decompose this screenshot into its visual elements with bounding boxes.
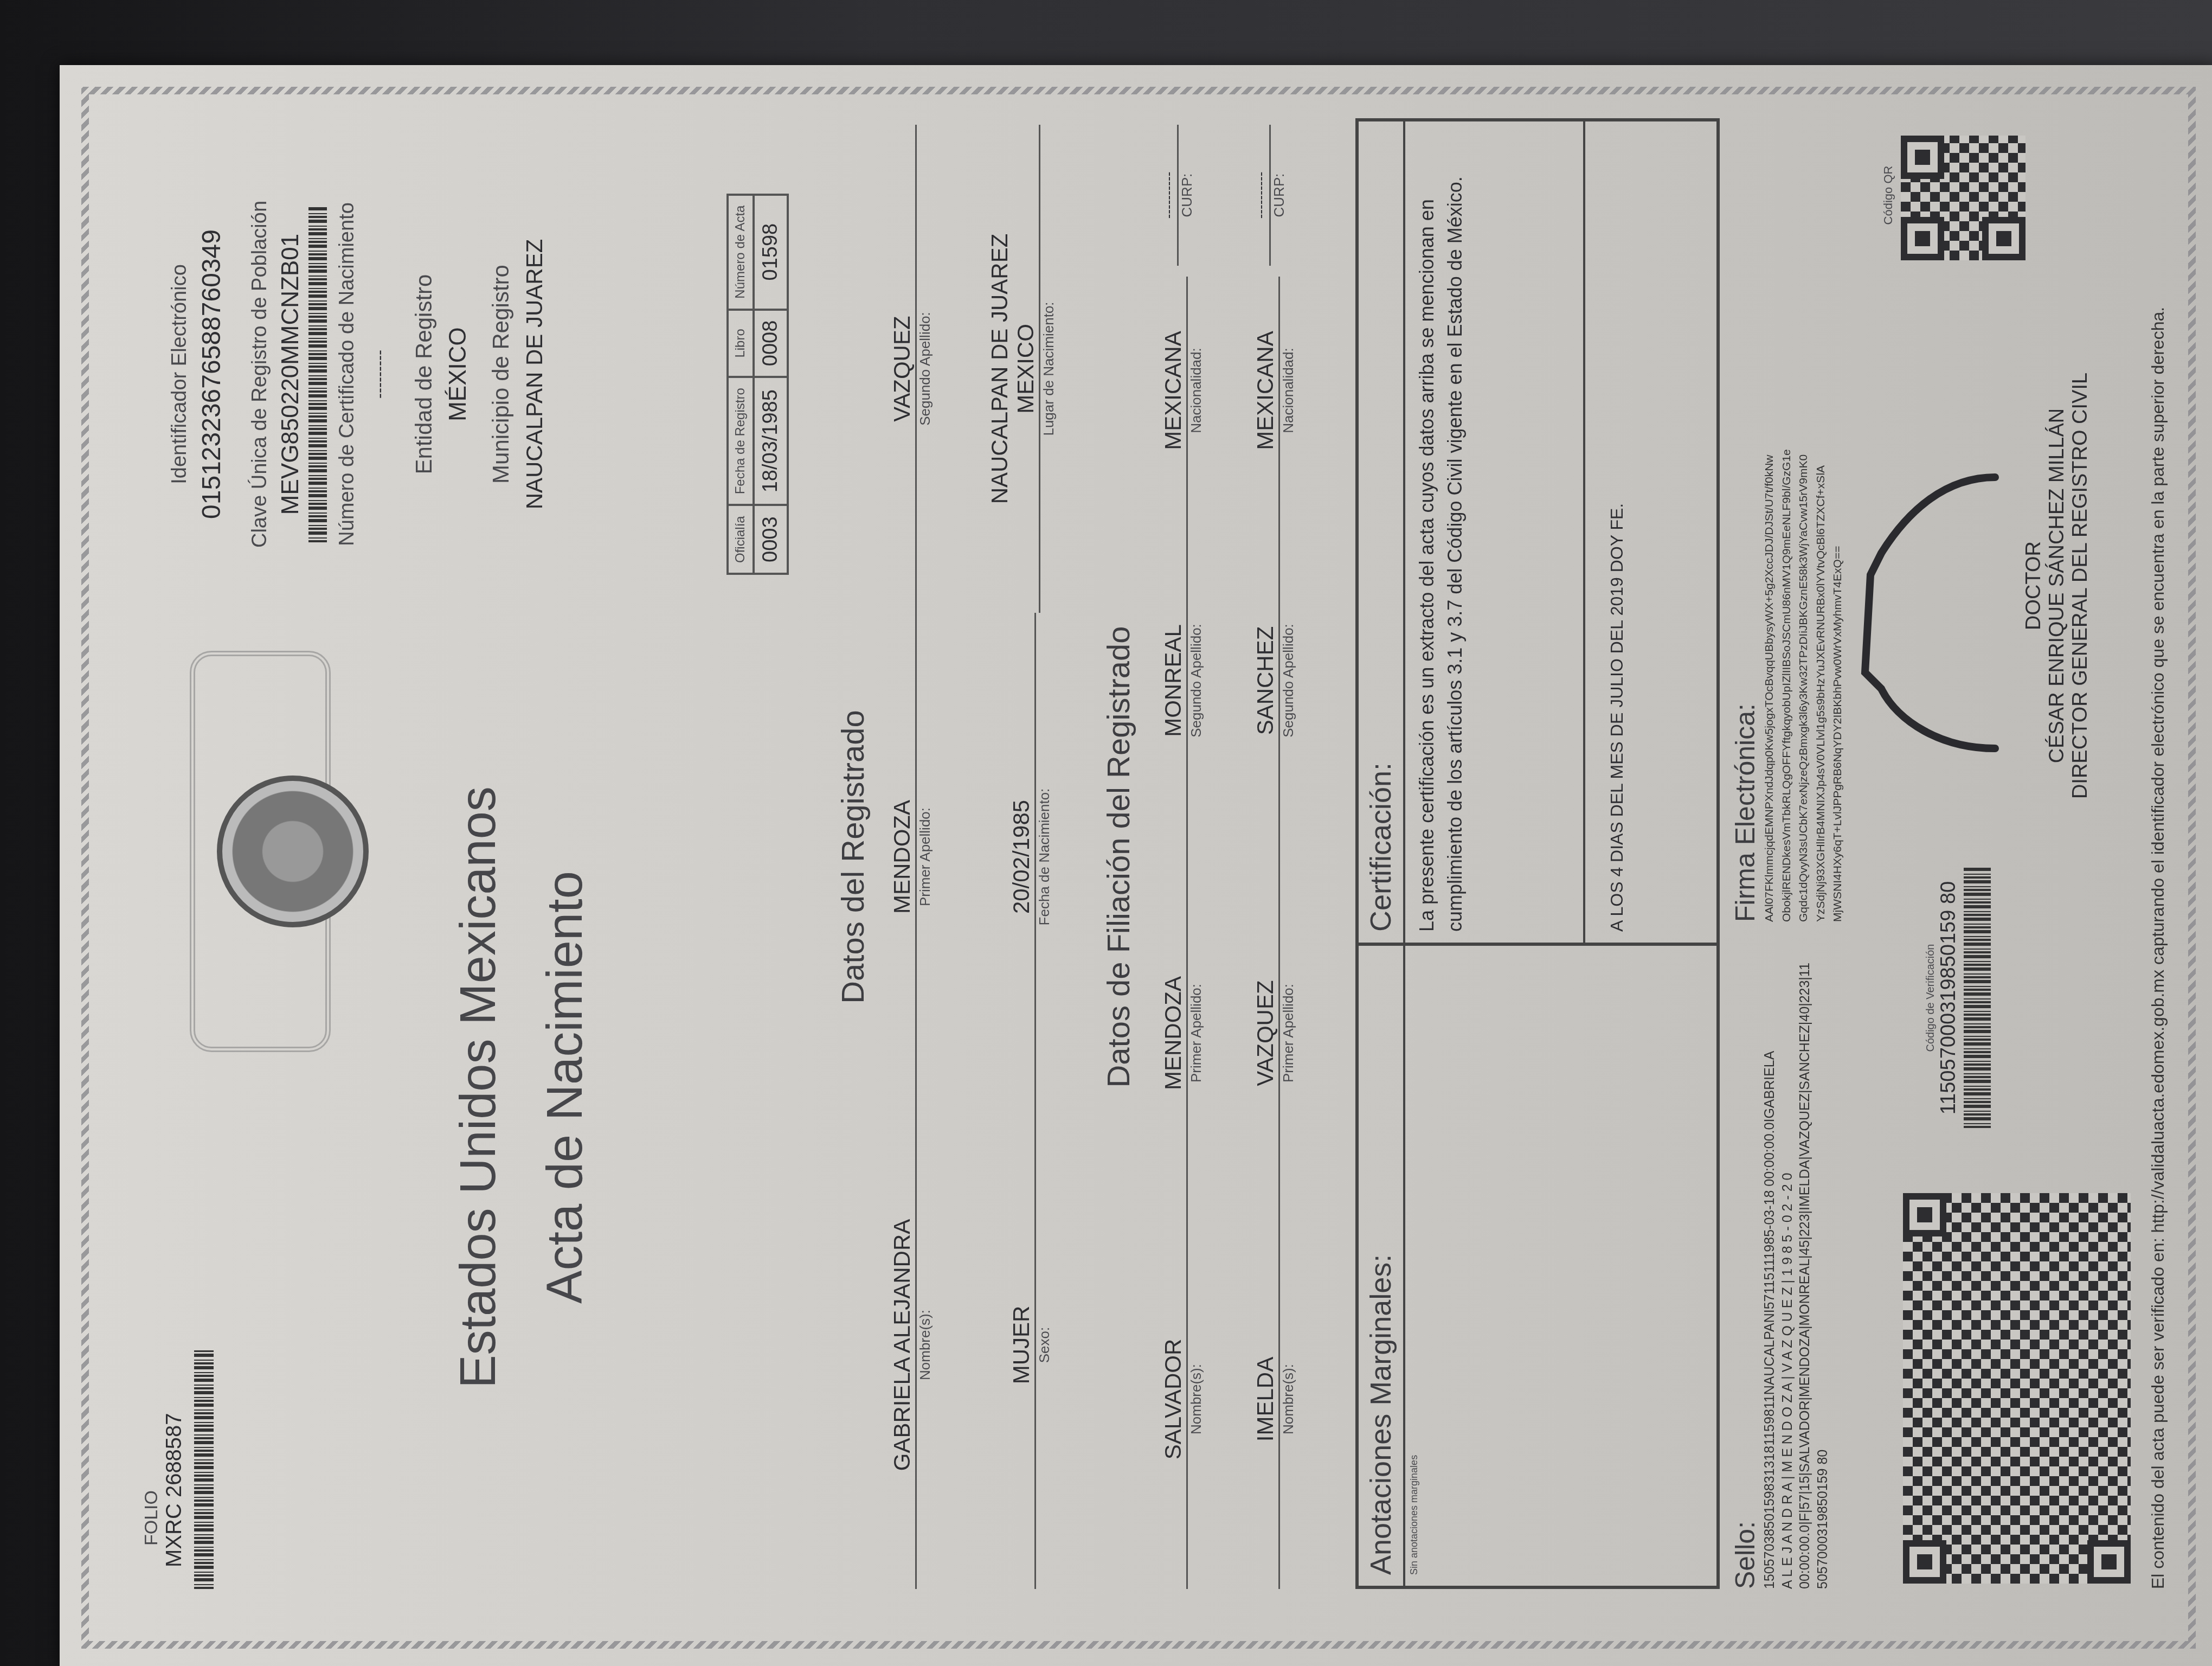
padre-curp-label: CURP: — [1179, 125, 1195, 266]
sello-line: 15057038501598313181159811NAUCALPANI5711… — [1761, 938, 1779, 1589]
registrado-segundo-apellido-label: Segundo Apellido: — [917, 125, 934, 613]
curp-value: MEVG850220MMCNZB01 — [277, 136, 304, 613]
filiacion-section-title: Datos de Filiación del Registrado — [1101, 125, 1137, 1589]
header-numero-acta: Número de Acta — [728, 195, 754, 310]
padre-row: SALVADOR Nombre(s): MENDOZA Primer Apell… — [1160, 125, 1247, 1589]
sello-label: Sello: — [1729, 938, 1761, 1589]
registration-table-header: Oficialía Fecha de Registro Libro Número… — [728, 195, 754, 574]
municipio-value: NAUCALPAN DE JUAREZ — [522, 136, 548, 613]
value-numero-acta: 01598 — [754, 195, 788, 310]
madre-nombre-label: Nombre(s): — [1280, 1209, 1297, 1589]
small-qr-block: Código QR — [1881, 130, 2025, 260]
signatory-position: DIRECTOR GENERAL DEL REGISTRO CIVIL — [2069, 287, 2092, 884]
registrado-nombre-value: GABRIELA ALEJANDRA — [889, 1101, 915, 1589]
madre-row: IMELDA Nombre(s): VAZQUEZ Primer Apellid… — [1252, 125, 1339, 1589]
certificacion-fecha: A LOS 4 DIAS DEL MES DE JULIO DEL 2019 D… — [1585, 121, 1649, 943]
madre-primer-apellido-value: VAZQUEZ — [1252, 857, 1278, 1209]
registrado-name-row: GABRIELA ALEJANDRA Nombre(s): MENDOZA Pr… — [889, 125, 998, 1589]
madre-segundo-apellido-value: SANCHEZ — [1252, 504, 1278, 857]
national-emblem — [125, 662, 407, 1052]
padre-curp: ---------- CURP: — [1160, 125, 1195, 266]
madre-nombre-value: IMELDA — [1252, 1209, 1278, 1589]
value-libro: 0008 — [754, 310, 788, 377]
sello-line: 5057000319850159 80 — [1814, 938, 1832, 1589]
registration-table: Oficialía Fecha de Registro Libro Número… — [726, 194, 789, 575]
verification-block: Código de Verificación 11505700031985015… — [1925, 857, 1991, 1139]
sello-line: 00:00:00.0|F|57|15|SALVADOR|MENDOZA|MONR… — [1796, 938, 1814, 1589]
firma-label: Firma Electrónica: — [1729, 125, 1761, 922]
madre-curp: ---------- CURP: — [1252, 125, 1288, 266]
header-libro: Libro — [728, 310, 754, 377]
registrado-lugar-nacimiento-value: NAUCALPAN DE JUAREZ MEXICO — [987, 125, 1039, 613]
padre-nacionalidad-value: MEXICANA — [1160, 277, 1186, 504]
folio-barcode — [194, 1350, 214, 1589]
handwritten-signature — [1832, 434, 2028, 781]
coat-of-arms-seal-icon — [217, 776, 369, 927]
small-qr-code — [1901, 136, 2025, 260]
annotations-certification-box: Anotaciones Marginales: Sin anotaciones … — [1355, 118, 1720, 1589]
madre-nacionalidad-label: Nacionalidad: — [1280, 277, 1297, 504]
document-title: Acta de Nacimiento — [537, 586, 594, 1589]
firma-line: AAl07FKlmmcjqdEMNPXndJdqp0Kw5jogxTOcBvqq… — [1761, 125, 1778, 922]
registrado-section-title: Datos del Registrado — [835, 125, 871, 1589]
registrado-sexo: MUJER Sexo: — [1008, 1101, 1053, 1589]
verification-barcode — [1964, 868, 1991, 1128]
padre-segundo-apellido-label: Segundo Apellido: — [1188, 504, 1205, 857]
madre-nacionalidad-value: MEXICANA — [1252, 277, 1278, 504]
registrado-segundo-apellido-value: VAZQUEZ — [889, 125, 915, 613]
municipio-label: Municipio de Registro — [488, 136, 514, 613]
anotaciones-panel: Anotaciones Marginales: Sin anotaciones … — [1359, 943, 1716, 1586]
padre-nombre-label: Nombre(s): — [1188, 1209, 1205, 1589]
folio-value: MXRC 2688587 — [162, 1307, 187, 1567]
registrado-nombre-label: Nombre(s): — [917, 1101, 934, 1589]
registration-table-row: 0003 18/03/1985 0008 01598 — [754, 195, 788, 574]
verification-value: 115057000319850159 80 — [1937, 857, 1960, 1139]
madre-segundo-apellido-label: Segundo Apellido: — [1280, 504, 1297, 857]
madre-primer-apellido-label: Primer Apellido: — [1280, 857, 1297, 1209]
registrado-fecha-nacimiento: 20/02/1985 Fecha de Nacimiento: — [1008, 613, 1053, 1101]
padre-segundo-apellido: MONREAL Segundo Apellido: — [1160, 504, 1205, 857]
registrado-primer-apellido-value: MENDOZA — [889, 613, 915, 1101]
signatory-title: DOCTOR — [2022, 287, 2046, 884]
padre-primer-apellido: MENDOZA Primer Apellido: — [1160, 857, 1205, 1209]
padre-segundo-apellido-value: MONREAL — [1160, 504, 1186, 857]
madre-nombre: IMELDA Nombre(s): — [1252, 1209, 1297, 1589]
country-title: Estados Unidos Mexicanos — [450, 586, 507, 1589]
padre-nacionalidad-label: Nacionalidad: — [1188, 277, 1205, 504]
document-rotated: FOLIO MXRC 2688587 Identificador Electró… — [60, 65, 2212, 1666]
signatory-block: DOCTOR CÉSAR ENRIQUE SÁNCHEZ MILLÁN DIRE… — [2022, 287, 2092, 884]
registrado-lugar-nacimiento: NAUCALPAN DE JUAREZ MEXICO Lugar de Naci… — [987, 125, 1057, 613]
padre-primer-apellido-value: MENDOZA — [1160, 857, 1186, 1209]
cert-number-value: --------- — [371, 136, 389, 613]
entidad-value: MÉXICO — [445, 136, 472, 613]
header-oficialia: Oficialía — [728, 505, 754, 574]
padre-primer-apellido-label: Primer Apellido: — [1188, 857, 1205, 1209]
firma-block: Firma Electrónica: AAl07FKlmmcjqdEMNPXnd… — [1729, 125, 1847, 922]
large-qr-code — [1903, 1193, 2131, 1584]
certificacion-panel: Certificación: La presente certificación… — [1359, 121, 1716, 943]
identifiers-block: Identificador Electrónico 01512323676588… — [168, 136, 548, 613]
padre-curp-value: ---------- — [1160, 125, 1177, 266]
registrado-fecha-nacimiento-value: 20/02/1985 — [1008, 613, 1034, 1101]
small-qr-label: Código QR — [1881, 130, 1895, 260]
registrado-sexo-label: Sexo: — [1036, 1101, 1053, 1589]
madre-segundo-apellido: SANCHEZ Segundo Apellido: — [1252, 504, 1297, 857]
value-fecha-registro: 18/03/1985 — [754, 377, 788, 505]
madre-curp-value: ---------- — [1252, 125, 1269, 266]
registrado-primer-apellido-label: Primer Apellido: — [917, 613, 934, 1101]
certificacion-text: La presente certificación es un extracto… — [1405, 121, 1585, 943]
curp-barcode — [308, 206, 327, 542]
padre-nacionalidad: MEXICANA Nacionalidad: — [1160, 277, 1205, 504]
registrado-fecha-nacimiento-label: Fecha de Nacimiento: — [1036, 613, 1053, 1101]
registrado-birth-row: MUJER Sexo: 20/02/1985 Fecha de Nacimien… — [987, 125, 1095, 1589]
anotaciones-title: Anotaciones Marginales: — [1359, 946, 1405, 1586]
electronic-id-label: Identificador Electrónico — [168, 136, 191, 613]
footer-verification-text: El contenido del acta puede ser verifica… — [2147, 125, 2170, 1589]
registrado-nombre: GABRIELA ALEJANDRA Nombre(s): — [889, 1101, 934, 1589]
firma-line: Gqdc1dQvyN3sUCbK7exNjzeQzBmxgk3l6y3Kw32T… — [1795, 125, 1812, 922]
cert-number-label: Número de Certificado de Nacimiento — [336, 136, 359, 613]
madre-primer-apellido: VAZQUEZ Primer Apellido: — [1252, 857, 1297, 1209]
anotaciones-text: Sin anotaciones marginales — [1405, 946, 1423, 1586]
sello-block: Sello: 15057038501598313181159811NAUCALP… — [1729, 938, 1831, 1589]
padre-nombre: SALVADOR Nombre(s): — [1160, 1209, 1205, 1589]
sello-line: A L E J A N D R A | M E N D O Z A | V A … — [1779, 938, 1797, 1589]
certificacion-title: Certificación: — [1359, 121, 1405, 943]
registrado-sexo-value: MUJER — [1008, 1101, 1034, 1589]
registrado-lugar-nacimiento-label: Lugar de Nacimiento: — [1040, 125, 1057, 613]
registrado-primer-apellido: MENDOZA Primer Apellido: — [889, 613, 934, 1101]
folio-label: FOLIO — [141, 1307, 162, 1546]
curp-label: Clave Única de Registro de Población — [248, 136, 272, 613]
madre-nacionalidad: MEXICANA Nacionalidad: — [1252, 277, 1297, 504]
registrado-segundo-apellido: VAZQUEZ Segundo Apellido: — [889, 125, 934, 613]
sello-text: 15057038501598313181159811NAUCALPANI5711… — [1761, 938, 1831, 1589]
folio-block: FOLIO MXRC 2688587 — [141, 1307, 214, 1589]
header-fecha-registro: Fecha de Registro — [728, 377, 754, 505]
padre-nombre-value: SALVADOR — [1160, 1209, 1186, 1589]
signatory-name: CÉSAR ENRIQUE SÁNCHEZ MILLÁN — [2046, 287, 2069, 884]
birth-certificate-paper: FOLIO MXRC 2688587 Identificador Electró… — [60, 65, 2212, 1666]
firma-line: ObokjlRENDkesVmTbkRLQgOFFYftgkqyobUpIZlI… — [1778, 125, 1796, 922]
madre-curp-label: CURP: — [1271, 125, 1288, 266]
electronic-id-value: 01512323676588760349 — [197, 136, 227, 613]
value-oficialia: 0003 — [754, 505, 788, 574]
firma-line: YzSdjNj93XGHlIrB4MNIXJp4sV0VLlvl1g5s9bHz… — [1812, 125, 1830, 922]
entidad-label: Entidad de Registro — [411, 136, 437, 613]
verification-label: Código de Verificación — [1925, 857, 1937, 1139]
